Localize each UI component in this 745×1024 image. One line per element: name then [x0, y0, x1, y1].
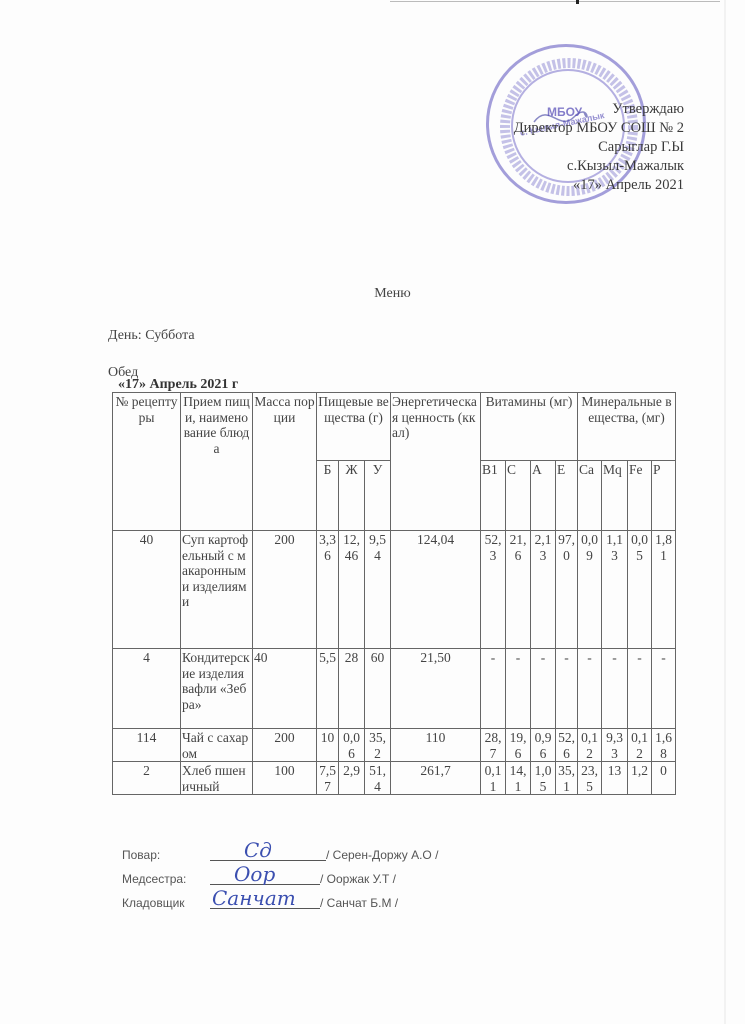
header-protein: Б	[317, 461, 339, 531]
cell-a: 1,05	[531, 762, 556, 795]
signature-name: / Санчат Б.М /	[320, 896, 398, 910]
cell-mq: 13	[602, 762, 628, 795]
approval-line: Утверждаю	[514, 100, 684, 119]
cell-mass: 100	[253, 762, 317, 795]
header-mass: Масса порции	[253, 393, 317, 531]
header-dish: Прием пищи, наименование блюда	[181, 393, 253, 531]
approval-line: Директор МБОУ СОШ № 2	[514, 119, 684, 138]
cell-b1: 52,3	[481, 531, 506, 649]
signature-name: / Ооржак У.Т /	[320, 872, 396, 886]
cell-c: 21,6	[506, 531, 531, 649]
day-label: День: Суббота	[108, 328, 195, 344]
scan-mark	[576, 0, 579, 4]
table-row: 2 Хлеб пшеничный 100 7,57 2,9 51,4 261,7…	[113, 762, 676, 795]
signature-role: Медсестра:	[122, 872, 186, 886]
header-b1: В1	[481, 461, 506, 531]
cell-dish: Хлеб пшеничный	[181, 762, 253, 795]
cell-c: -	[506, 649, 531, 729]
cell-fat: 0,06	[339, 729, 365, 762]
cell-fat: 28	[339, 649, 365, 729]
cell-fe: 1,2	[628, 762, 652, 795]
menu-table: № рецептуры Прием пищи, наименование блю…	[112, 392, 676, 795]
cell-energy: 124,04	[391, 531, 481, 649]
signature-role: Кладовщик	[122, 896, 185, 910]
cell-fat: 12,46	[339, 531, 365, 649]
cell-dish: Суп картофельный с макаронными изделиями	[181, 531, 253, 649]
cell-ca: 0,09	[578, 531, 602, 649]
header-energy: Энергетическая ценность (ккал)	[391, 393, 481, 531]
cell-a: 2,13	[531, 531, 556, 649]
cell-b1: -	[481, 649, 506, 729]
signature-scribble: Сд	[244, 838, 272, 862]
cell-ca: 0,12	[578, 729, 602, 762]
menu-date: «17» Апрель 2021 г	[118, 377, 238, 393]
signature-scribble: Санчат	[212, 886, 296, 910]
cell-energy: 110	[391, 729, 481, 762]
cell-p: 1,68	[652, 729, 676, 762]
cell-carbs: 60	[365, 649, 391, 729]
header-e: Е	[556, 461, 578, 531]
header-mq: Mq	[602, 461, 628, 531]
cell-recipe-no: 2	[113, 762, 181, 795]
signature-name: / Серен-Доржу А.О /	[326, 848, 438, 862]
scan-edge-line	[390, 1, 720, 2]
cell-recipe-no: 114	[113, 729, 181, 762]
cell-dish: Кондитерские изделия вафли «Зебра»	[181, 649, 253, 729]
cell-p: 1,81	[652, 531, 676, 649]
header-fe: Fe	[628, 461, 652, 531]
header-recipe-no: № рецептуры	[113, 393, 181, 531]
cell-e: 97,0	[556, 531, 578, 649]
table-row: 114 Чай с сахаром 200 10 0,06 35,2 110 2…	[113, 729, 676, 762]
cell-p: 0	[652, 762, 676, 795]
cell-a: -	[531, 649, 556, 729]
cell-mass: 200	[253, 729, 317, 762]
cell-recipe-no: 4	[113, 649, 181, 729]
cell-mass: 40	[253, 649, 317, 729]
approval-line: Сарыглар Г.Ы	[514, 138, 684, 157]
cell-protein: 10	[317, 729, 339, 762]
header-minerals: Минеральные вещества, (мг)	[578, 393, 676, 461]
header-p: P	[652, 461, 676, 531]
scan-edge-shadow	[724, 0, 726, 1024]
cell-e: -	[556, 649, 578, 729]
cell-fe: -	[628, 649, 652, 729]
table-row: 4 Кондитерские изделия вафли «Зебра» 40 …	[113, 649, 676, 729]
cell-mq: 1,13	[602, 531, 628, 649]
header-fat: Ж	[339, 461, 365, 531]
cell-protein: 5,5	[317, 649, 339, 729]
cell-c: 19,6	[506, 729, 531, 762]
cell-carbs: 51,4	[365, 762, 391, 795]
cell-protein: 3,36	[317, 531, 339, 649]
header-carbs: У	[365, 461, 391, 531]
cell-b1: 28,7	[481, 729, 506, 762]
approval-block: Утверждаю Директор МБОУ СОШ № 2 Сарыглар…	[514, 100, 684, 195]
cell-ca: 23,5	[578, 762, 602, 795]
cell-fat: 2,9	[339, 762, 365, 795]
signature-scribble: Оор	[234, 862, 275, 886]
cell-e: 52,6	[556, 729, 578, 762]
cell-dish: Чай с сахаром	[181, 729, 253, 762]
cell-energy: 261,7	[391, 762, 481, 795]
header-ca: Ca	[578, 461, 602, 531]
approval-line: с.Кызыл-Мажалык	[514, 157, 684, 176]
cell-carbs: 9,54	[365, 531, 391, 649]
signature-role: Повар:	[122, 848, 160, 862]
cell-e: 35,1	[556, 762, 578, 795]
cell-carbs: 35,2	[365, 729, 391, 762]
document-title: Меню	[0, 286, 745, 302]
cell-p: -	[652, 649, 676, 729]
approval-line: «17» Апрель 2021	[514, 176, 684, 195]
header-c: С	[506, 461, 531, 531]
table-row: 40 Суп картофельный с макаронными издели…	[113, 531, 676, 649]
cell-energy: 21,50	[391, 649, 481, 729]
header-a: А	[531, 461, 556, 531]
cell-fe: 0,12	[628, 729, 652, 762]
cell-fe: 0,05	[628, 531, 652, 649]
cell-mq: -	[602, 649, 628, 729]
cell-mq: 9,33	[602, 729, 628, 762]
cell-protein: 7,57	[317, 762, 339, 795]
cell-c: 14,1	[506, 762, 531, 795]
cell-ca: -	[578, 649, 602, 729]
cell-mass: 200	[253, 531, 317, 649]
header-nutrients: Пищевые вещества (г)	[317, 393, 391, 461]
cell-b1: 0,11	[481, 762, 506, 795]
cell-a: 0,96	[531, 729, 556, 762]
header-vitamins: Витамины (мг)	[481, 393, 578, 461]
cell-recipe-no: 40	[113, 531, 181, 649]
